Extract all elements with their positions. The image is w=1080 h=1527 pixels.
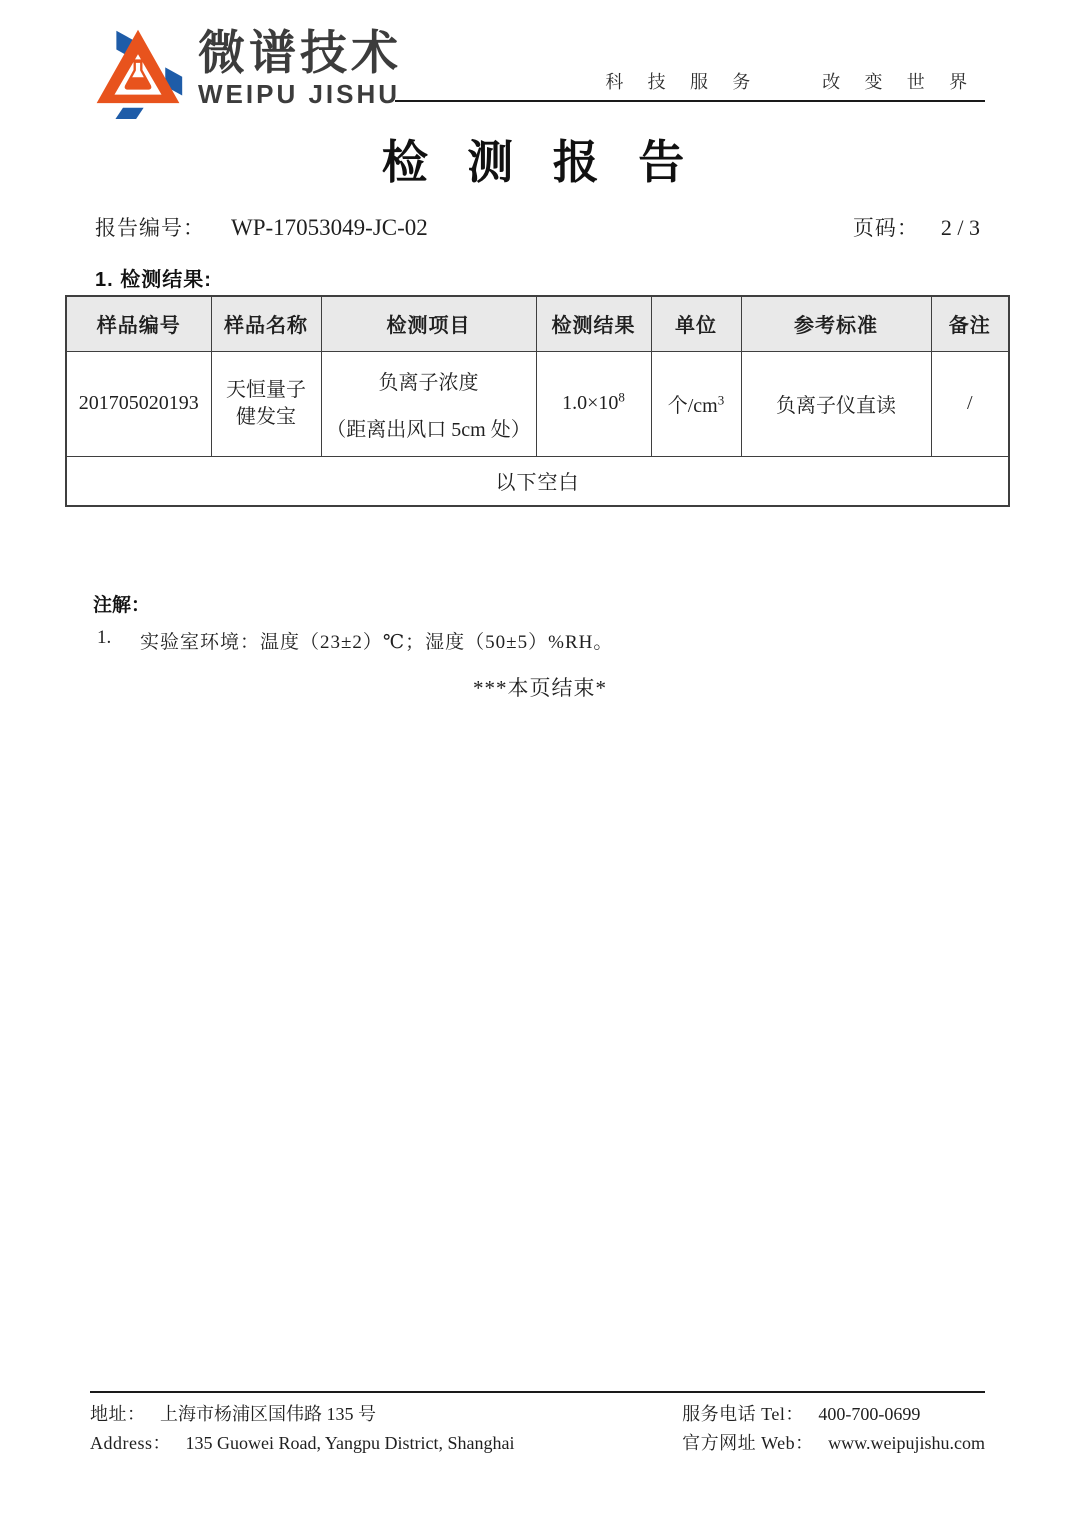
footer-web-value: www.weipujishu.com bbox=[828, 1433, 985, 1453]
footer-address-en-label: Address： bbox=[90, 1433, 171, 1453]
company-name-cn: 微谱技术 bbox=[198, 28, 402, 77]
page-number-value: 2 / 3 bbox=[941, 215, 980, 241]
cell-sample-no: 201705020193 bbox=[66, 351, 211, 456]
notes-heading: 注解： bbox=[93, 590, 613, 617]
col-header-result: 检测结果 bbox=[536, 296, 651, 351]
unit-base: 个/cm bbox=[668, 395, 718, 417]
footer-address-en-value: 135 Guowei Road, Yangpu District, Shangh… bbox=[186, 1433, 515, 1453]
test-item-line2: （距离出风口 5cm 处） bbox=[326, 413, 532, 442]
company-tagline: 科 技 服 务 改 变 世 界 bbox=[605, 68, 977, 94]
test-item-line1: 负离子浓度 bbox=[326, 366, 532, 395]
footer-address-cn: 地址： 上海市杨浦区国伟路 135 号 bbox=[90, 1400, 514, 1429]
page-end-marker: ***本页结束* bbox=[0, 672, 1080, 702]
company-logo-icon bbox=[88, 26, 188, 120]
document-title: 检 测 报 告 bbox=[0, 126, 1080, 192]
notes-section: 注解： 1. 实验室环境：温度（23±2）℃；湿度（50±5）%RH。 bbox=[93, 590, 613, 654]
footer-web: 官方网址 Web： www.weipujishu.com bbox=[682, 1429, 985, 1458]
section-heading-results: 1. 检测结果: bbox=[95, 263, 212, 292]
company-name-en: WEIPU JISHU bbox=[198, 79, 402, 110]
company-logo: 微谱技术 WEIPU JISHU bbox=[88, 26, 402, 120]
report-number: 报告编号： WP-17053049-JC-02 bbox=[95, 212, 428, 242]
result-base: 1.0×10 bbox=[562, 392, 618, 414]
report-info-row: 报告编号： WP-17053049-JC-02 页码： 2 / 3 bbox=[95, 212, 980, 242]
sample-name-line2: 健发宝 bbox=[216, 404, 317, 431]
tagline-left: 科 技 服 务 bbox=[605, 68, 760, 94]
company-logo-text: 微谱技术 WEIPU JISHU bbox=[198, 28, 402, 110]
col-header-item: 检测项目 bbox=[321, 296, 536, 351]
footer-address-cn-value: 上海市杨浦区国伟路 135 号 bbox=[160, 1404, 376, 1424]
report-number-value: WP-17053049-JC-02 bbox=[231, 215, 428, 241]
col-header-remark: 备注 bbox=[931, 296, 1009, 351]
col-header-standard: 参考标准 bbox=[741, 296, 931, 351]
page-number-label: 页码： bbox=[853, 212, 919, 242]
cell-test-item: 负离子浓度 （距离出风口 5cm 处） bbox=[321, 351, 536, 456]
col-header-sample-name: 样品名称 bbox=[211, 296, 321, 351]
table-row: 201705020193 天恒量子 健发宝 负离子浓度 （距离出风口 5cm 处… bbox=[66, 351, 1009, 456]
header-rule: 科 技 服 务 改 变 世 界 bbox=[395, 58, 985, 102]
page-number: 页码： 2 / 3 bbox=[853, 212, 980, 242]
footer-web-label: 官方网址 Web： bbox=[682, 1433, 814, 1453]
results-table: 样品编号 样品名称 检测项目 检测结果 单位 参考标准 备注 201705020… bbox=[65, 295, 1010, 507]
footer-address-block: 地址： 上海市杨浦区国伟路 135 号 Address： 135 Guowei … bbox=[90, 1400, 514, 1458]
cell-unit: 个/cm3 bbox=[651, 351, 741, 456]
footer-tel-value: 400-700-0699 bbox=[818, 1404, 920, 1424]
sample-name-line1: 天恒量子 bbox=[216, 377, 317, 404]
col-header-unit: 单位 bbox=[651, 296, 741, 351]
page-footer: 地址： 上海市杨浦区国伟路 135 号 Address： 135 Guowei … bbox=[90, 1391, 985, 1458]
footer-contact-block: 服务电话 Tel： 400-700-0699 官方网址 Web： www.wei… bbox=[682, 1400, 985, 1458]
table-header-row: 样品编号 样品名称 检测项目 检测结果 单位 参考标准 备注 bbox=[66, 296, 1009, 351]
notes-item-text: 实验室环境：温度（23±2）℃；湿度（50±5）%RH。 bbox=[140, 627, 613, 654]
cell-sample-name: 天恒量子 健发宝 bbox=[211, 351, 321, 456]
cell-remark: / bbox=[931, 351, 1009, 456]
footer-address-en: Address： 135 Guowei Road, Yangpu Distric… bbox=[90, 1429, 514, 1458]
footer-tel: 服务电话 Tel： 400-700-0699 bbox=[682, 1400, 985, 1429]
tagline-right: 改 变 世 界 bbox=[822, 68, 977, 94]
unit-exponent: 3 bbox=[718, 392, 725, 407]
cell-standard: 负离子仪直读 bbox=[741, 351, 931, 456]
blank-row-text: 以下空白 bbox=[66, 456, 1009, 506]
notes-item-1: 1. 实验室环境：温度（23±2）℃；湿度（50±5）%RH。 bbox=[93, 627, 613, 654]
table-blank-row: 以下空白 bbox=[66, 456, 1009, 506]
footer-address-cn-label: 地址： bbox=[90, 1404, 146, 1424]
col-header-sample-no: 样品编号 bbox=[66, 296, 211, 351]
footer-tel-label: 服务电话 Tel： bbox=[682, 1404, 804, 1424]
report-number-label: 报告编号： bbox=[95, 212, 205, 242]
notes-item-number: 1. bbox=[93, 627, 140, 654]
report-page: 微谱技术 WEIPU JISHU 科 技 服 务 改 变 世 界 检 测 报 告… bbox=[0, 0, 1080, 1527]
cell-result: 1.0×108 bbox=[536, 351, 651, 456]
result-exponent: 8 bbox=[618, 389, 625, 404]
